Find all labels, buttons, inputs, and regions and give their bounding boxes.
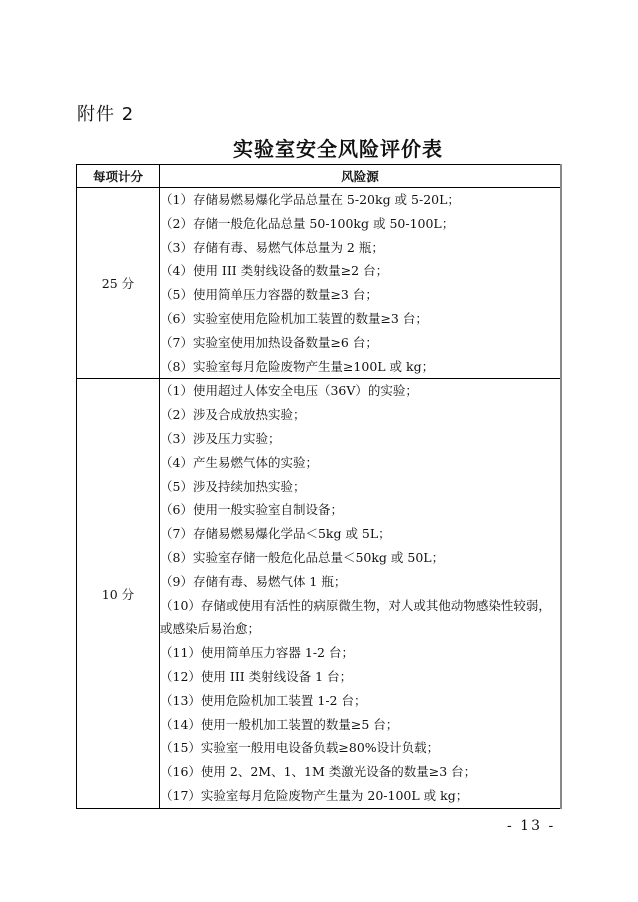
table-row-10: 10 分 （1）使用超过人体安全电压（36V）的实验； （2）涉及合成放热实验；…: [77, 379, 562, 808]
list-item: （11）使用简单压力容器 1-2 台；: [160, 641, 560, 665]
list-item: （5）涉及持续加热实验；: [160, 475, 560, 499]
list-item: （7）实验室使用加热设备数量≥6 台；: [160, 331, 560, 355]
list-item: （6）实验室使用危险机加工装置的数量≥3 台；: [160, 307, 560, 331]
attachment-label: 附件 2: [77, 100, 134, 126]
risk-items-cell: （1）使用超过人体安全电压（36V）的实验； （2）涉及合成放热实验； （3）涉…: [160, 379, 562, 808]
list-item: （9）存储有毒、易燃气体 1 瓶；: [160, 570, 560, 594]
list-item: （12）使用 III 类射线设备 1 台；: [160, 665, 560, 689]
list-item: （8）实验室存储一般危化品总量＜50kg 或 50L；: [160, 546, 560, 570]
table-row-25: 25 分 （1）存储易燃易爆化学品总量在 5-20kg 或 5-20L； （2）…: [77, 188, 562, 379]
list-item: （2）存储一般危化品总量 50-100kg 或 50-100L；: [160, 212, 560, 236]
list-item: （17）实验室每月危险废物产生量为 20-100L 或 kg；: [160, 784, 560, 808]
list-item: （4）产生易燃气体的实验；: [160, 451, 560, 475]
list-item: （16）使用 2、2M、1、1M 类激光设备的数量≥3 台；: [160, 760, 560, 784]
list-item: （6）使用一般实验室自制设备；: [160, 498, 560, 522]
header-score: 每项计分: [77, 165, 160, 188]
list-item: （1）存储易燃易爆化学品总量在 5-20kg 或 5-20L；: [160, 188, 560, 212]
list-item: （4）使用 III 类射线设备的数量≥2 台；: [160, 259, 560, 283]
list-item: （7）存储易燃易爆化学品＜5kg 或 5L；: [160, 522, 560, 546]
list-item: （8）实验室每月危险废物产生量≥100L 或 kg；: [160, 355, 560, 379]
list-item: （5）使用简单压力容器的数量≥3 台；: [160, 283, 560, 307]
list-item: （1）使用超过人体安全电压（36V）的实验；: [160, 379, 560, 403]
list-item: （3）存储有毒、易燃气体总量为 2 瓶；: [160, 236, 560, 260]
header-risk-source: 风险源: [160, 165, 562, 188]
page-number: - 13 -: [507, 818, 555, 834]
list-item: （15）实验室一般用电设备负载≥80%设计负载；: [160, 736, 560, 760]
list-item: （10）存储或使用有活性的病原微生物，对人或其他动物感染性较弱，或感染后易治愈；: [160, 594, 560, 642]
list-item: （2）涉及合成放热实验；: [160, 403, 560, 427]
risk-assessment-table: 每项计分 风险源 25 分 （1）存储易燃易爆化学品总量在 5-20kg 或 5…: [76, 164, 562, 809]
table-header-row: 每项计分 风险源: [77, 165, 562, 188]
list-item: （14）使用一般机加工装置的数量≥5 台；: [160, 713, 560, 737]
risk-items-cell: （1）存储易燃易爆化学品总量在 5-20kg 或 5-20L； （2）存储一般危…: [160, 188, 562, 379]
score-cell: 10 分: [77, 379, 160, 808]
list-item: （13）使用危险机加工装置 1-2 台；: [160, 689, 560, 713]
score-cell: 25 分: [77, 188, 160, 379]
list-item: （3）涉及压力实验；: [160, 427, 560, 451]
page-title: 实验室安全风险评价表: [0, 133, 638, 162]
